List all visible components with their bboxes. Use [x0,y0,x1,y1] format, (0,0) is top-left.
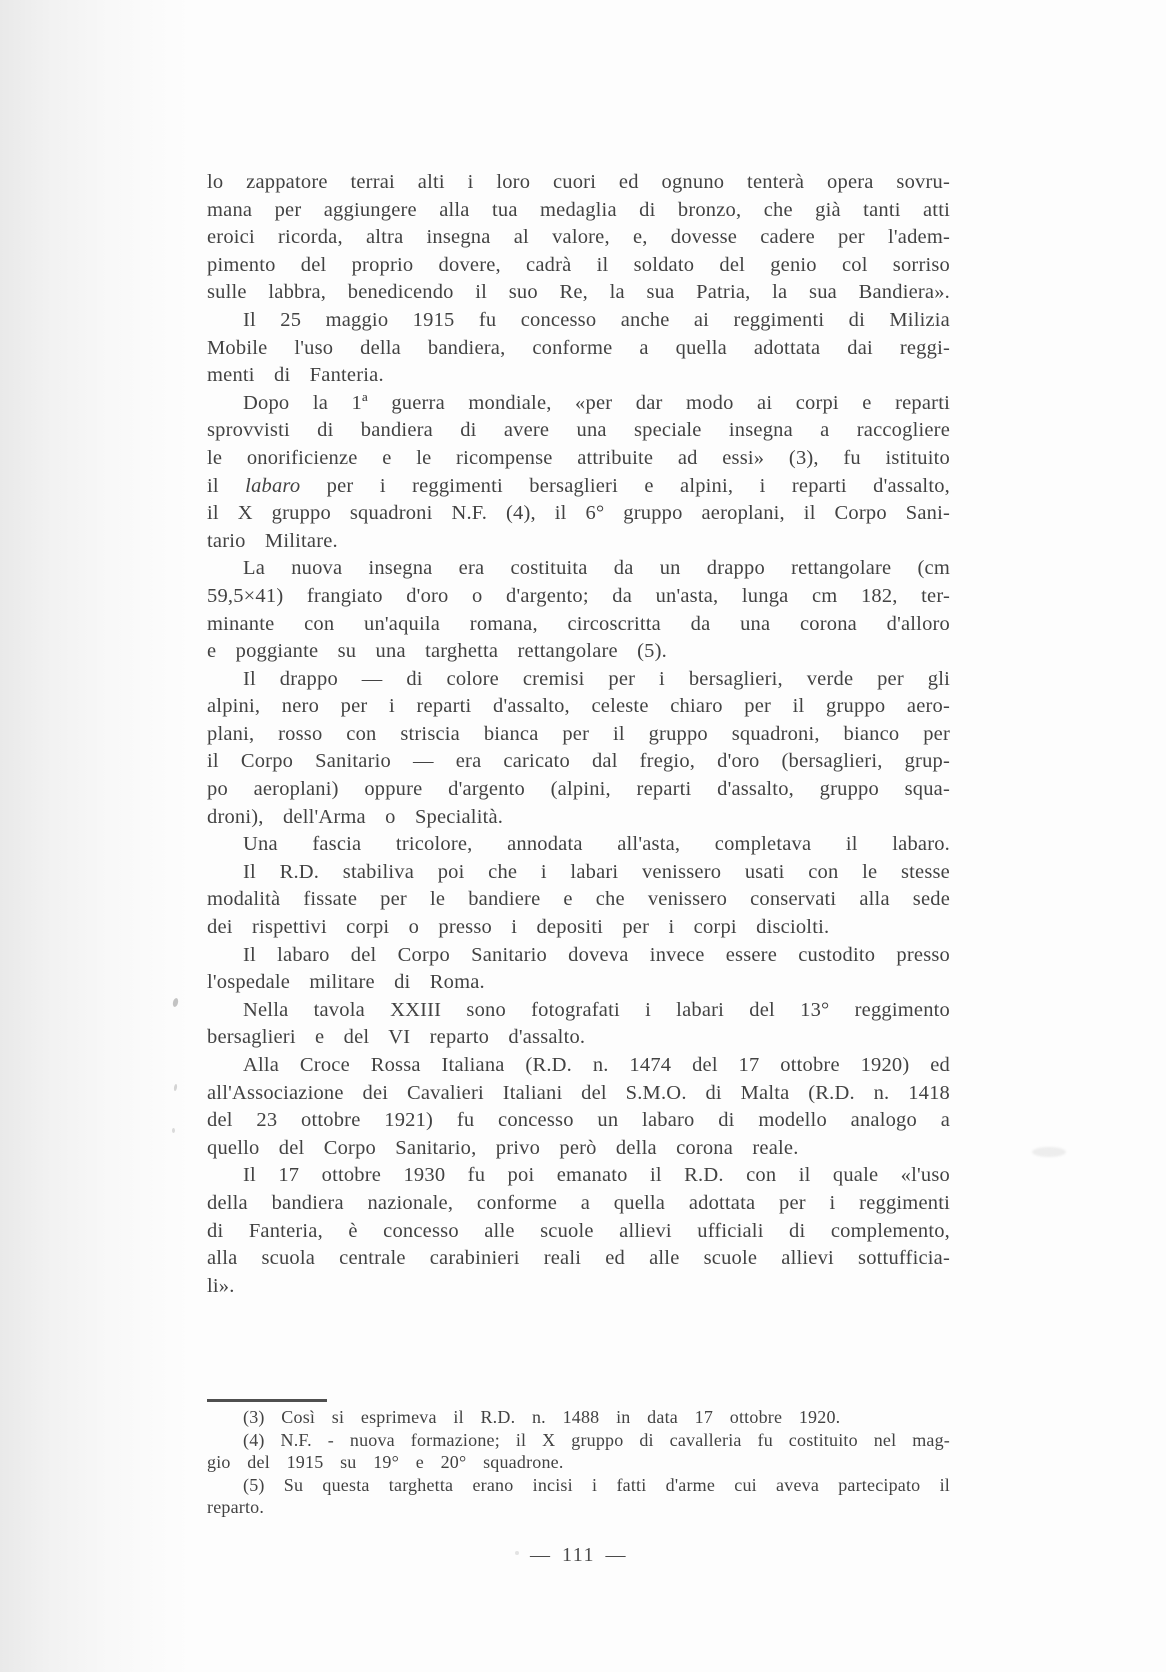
text-line: pimento del proprio dovere, cadrà il sol… [207,252,950,280]
text-line: di Fanteria, è concesso alle scuole alli… [207,1218,950,1246]
text-line: Il R.D. stabiliva poi che i labari venis… [207,859,950,887]
footnote-line: (5) Su questa targhetta erano incisi i f… [207,1474,950,1497]
text-line: tario Militare. [207,528,950,556]
text-line: e poggiante su una targhetta rettangolar… [207,638,950,666]
text-line: 59,5×41) frangiato d'oro o d'argento; da… [207,583,950,611]
footnote-line: (4) N.F. - nuova formazione; il X gruppo… [207,1429,950,1452]
text-line: alla scuola centrale carabinieri reali e… [207,1245,950,1273]
text-line: minante con un'aquila romana, circoscrit… [207,611,950,639]
footnote-separator-rule [207,1399,327,1402]
text-line: il labaro per i reggimenti bersaglieri e… [207,473,950,501]
text-line: le onorificienze e le ricompense attribu… [207,445,950,473]
text-line: Una fascia tricolore, annodata all'asta,… [207,831,950,859]
scan-speck [172,998,179,1008]
text-line: La nuova insegna era costituita da un dr… [207,555,950,583]
text-line: bersaglieri e del VI reparto d'assalto. [207,1024,950,1052]
text-line: il Corpo Sanitario — era caricato dal fr… [207,748,950,776]
text-line: Dopo la 1ª guerra mondiale, «per dar mod… [207,390,950,418]
text-line: plani, rosso con striscia bianca per il … [207,721,950,749]
text-line: lo zappatore terrai alti i loro cuori ed… [207,169,950,197]
scan-speck [172,1128,175,1133]
text-line: po aeroplani) oppure d'argento (alpini, … [207,776,950,804]
text-line: sprovvisti di bandiera di avere una spec… [207,417,950,445]
text-line: Nella tavola XXIII sono fotografati i la… [207,997,950,1025]
footnotes: (3) Così si esprimeva il R.D. n. 1488 in… [207,1406,950,1519]
text-line: droni), dell'Arma o Specialità. [207,804,950,832]
text-line: Il 17 ottobre 1930 fu poi emanato il R.D… [207,1162,950,1190]
text-line: l'ospedale militare di Roma. [207,969,950,997]
text-line: mana per aggiungere alla tua medaglia di… [207,197,950,225]
footnote-line: gio del 1915 su 19° e 20° squadrone. [207,1451,950,1474]
text-line: Il drappo — di colore cremisi per i bers… [207,666,950,694]
text-line: Mobile l'uso della bandiera, conforme a … [207,335,950,363]
footnote-line: (3) Così si esprimeva il R.D. n. 1488 in… [207,1406,950,1429]
text-line: li». [207,1273,950,1301]
scan-speck [173,1084,177,1091]
text-line: dei rispettivi corpi o presso i depositi… [207,914,950,942]
text-line: eroici ricorda, altra insegna al valore,… [207,224,950,252]
body-text: lo zappatore terrai alti i loro cuori ed… [207,169,950,1300]
text-line: all'Associazione dei Cavalieri Italiani … [207,1080,950,1108]
text-line: del 23 ottobre 1921) fu concesso un laba… [207,1107,950,1135]
scan-smudge [1032,1147,1066,1157]
text-line: quello del Corpo Sanitario, privo però d… [207,1135,950,1163]
text-line: della bandiera nazionale, conforme a que… [207,1190,950,1218]
text-line: il X gruppo squadroni N.F. (4), il 6° gr… [207,500,950,528]
text-line: Alla Croce Rossa Italiana (R.D. n. 1474 … [207,1052,950,1080]
text-line: modalità fissate per le bandiere e che v… [207,886,950,914]
text-line: Il 25 maggio 1915 fu concesso anche ai r… [207,307,950,335]
text-line: Il labaro del Corpo Sanitario doveva inv… [207,942,950,970]
text-line: menti di Fanteria. [207,362,950,390]
text-line: sulle labbra, benedicendo il suo Re, la … [207,279,950,307]
scanned-page: lo zappatore terrai alti i loro cuori ed… [0,0,1166,1672]
footnote-line: reparto. [207,1496,950,1519]
text-line: alpini, nero per i reparti d'assalto, ce… [207,693,950,721]
page-number: — 111 — [207,1544,950,1567]
scan-edge-shade [0,0,200,1672]
